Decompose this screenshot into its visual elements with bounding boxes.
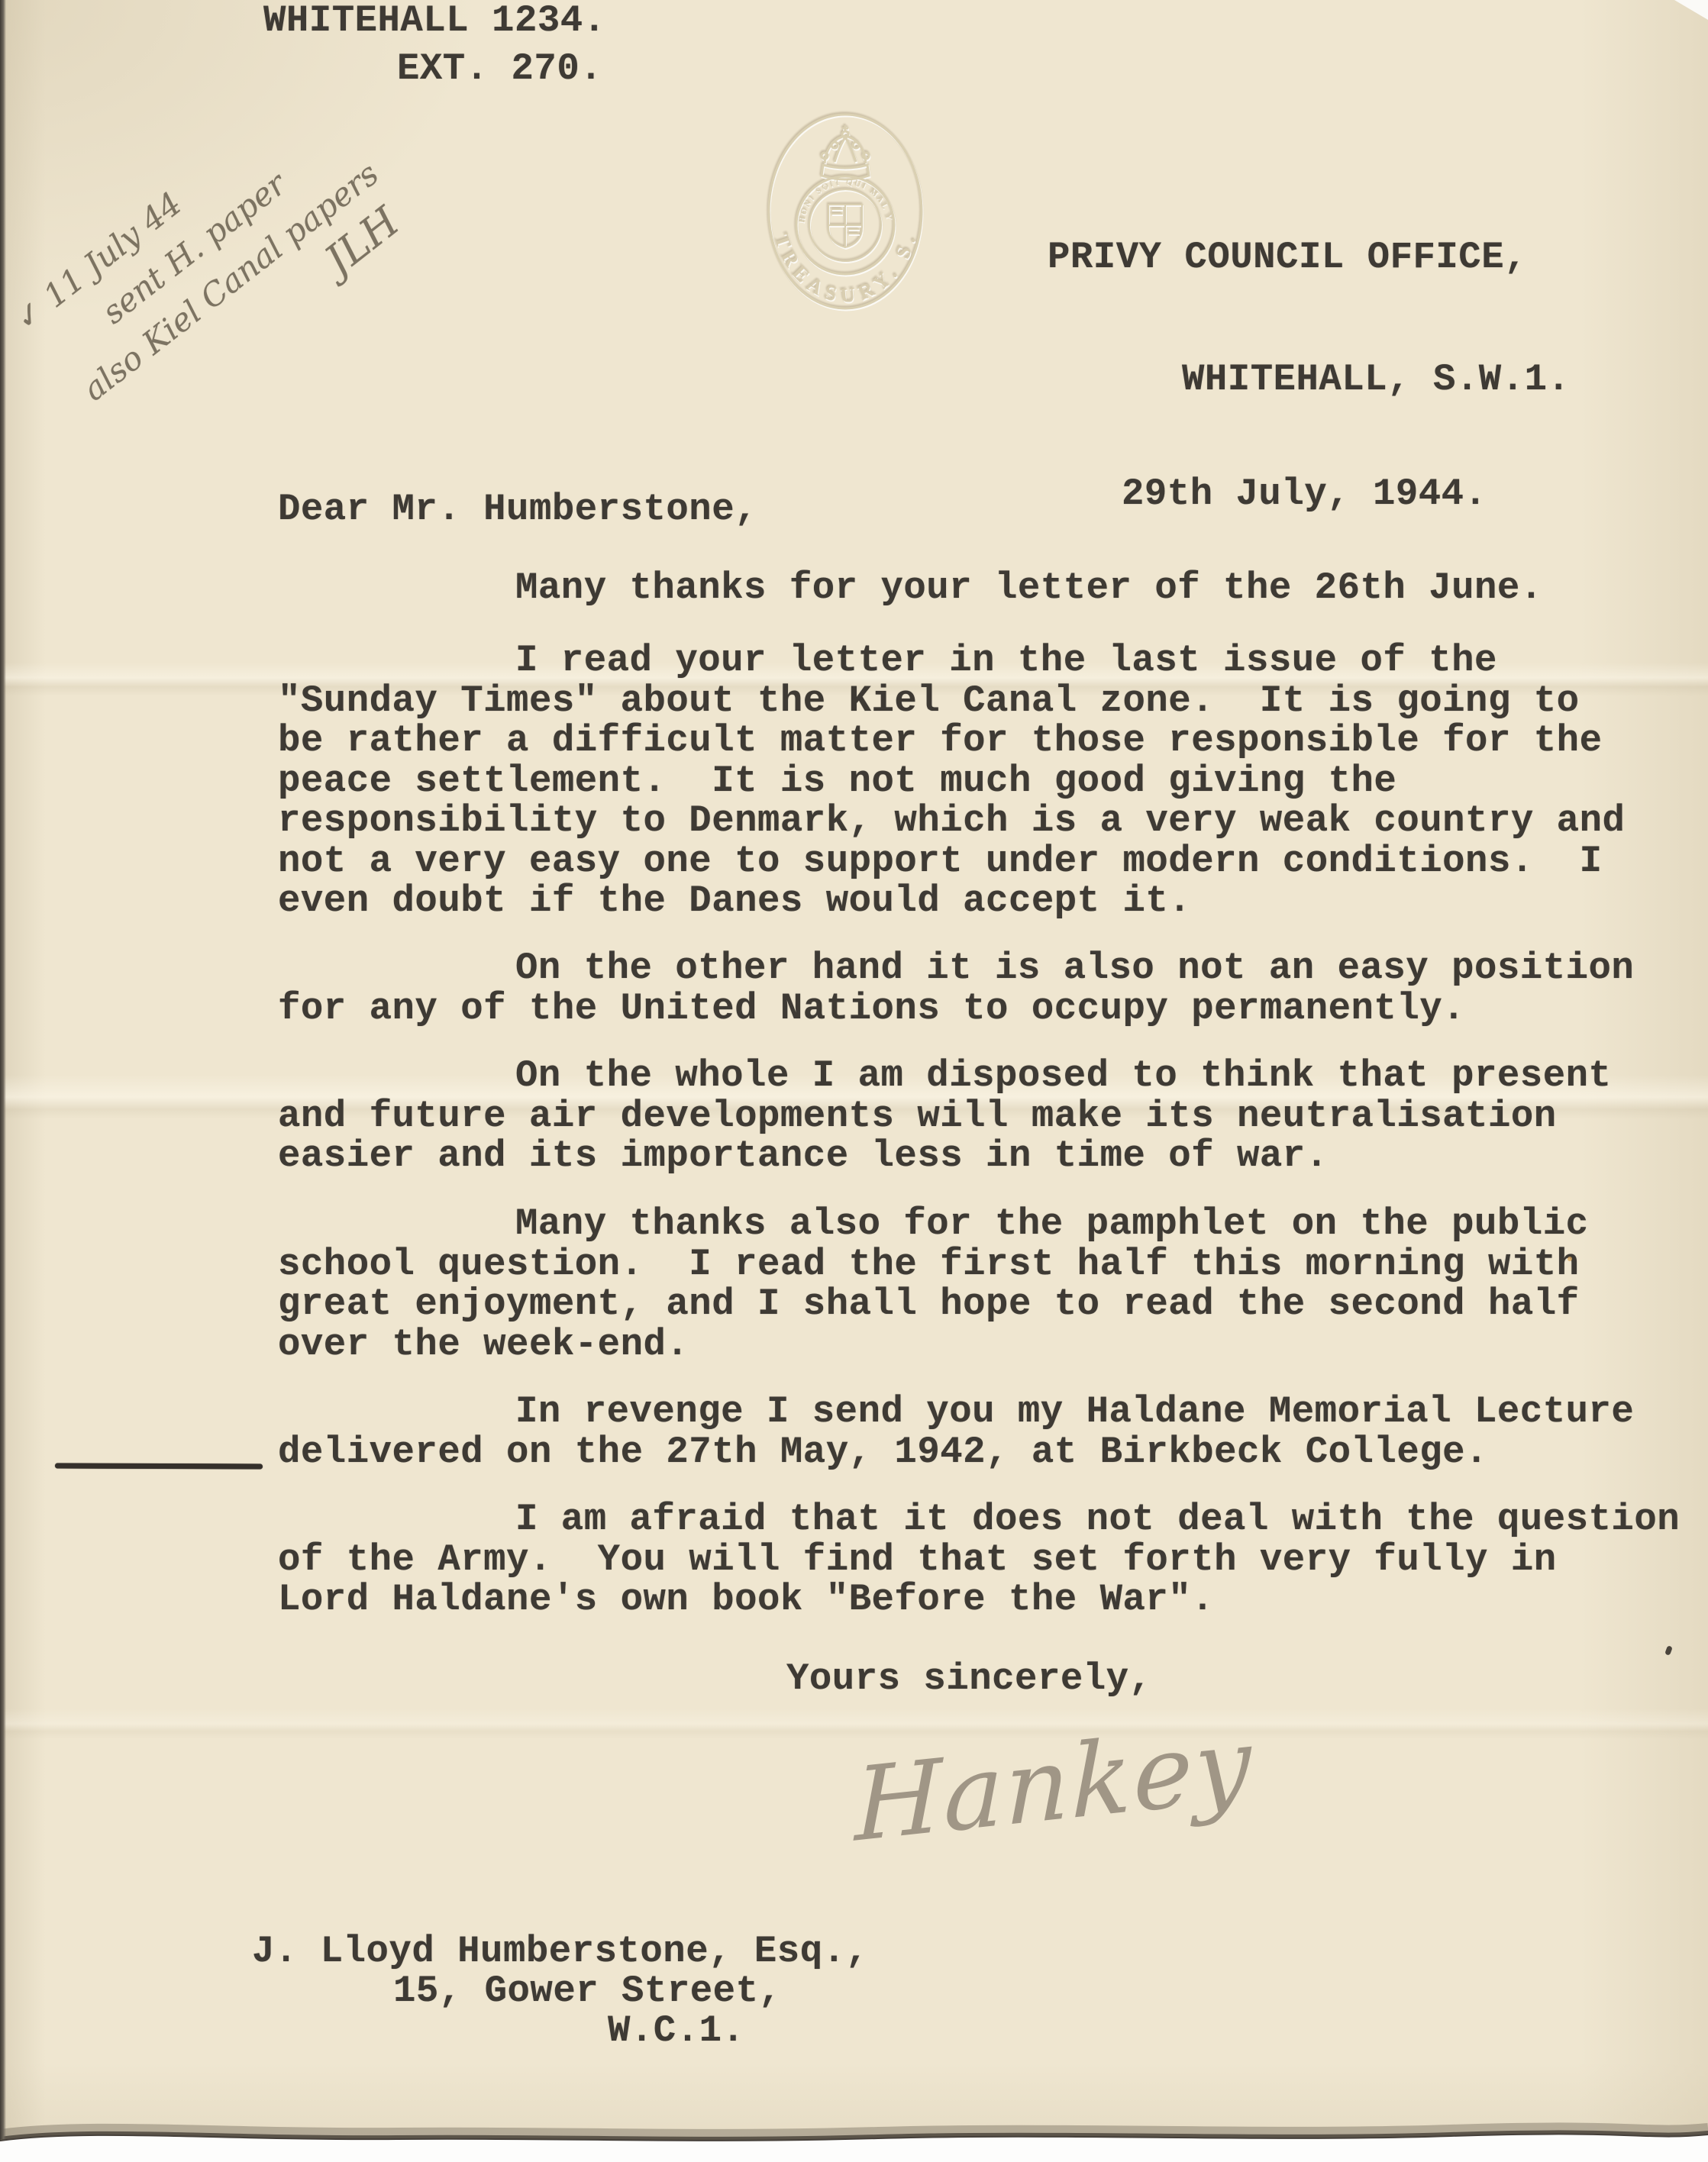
signature-handwritten: Hankey bbox=[854, 1713, 1252, 1856]
paragraph-5: Many thanks also for the pamphlet on the… bbox=[278, 1204, 1589, 1364]
recipient-street: 15, Gower Street, bbox=[393, 1971, 781, 2012]
paragraph-6: In revenge I send you my Haldane Memoria… bbox=[278, 1392, 1634, 1472]
crown-icon bbox=[822, 125, 869, 179]
scan-corner bbox=[1674, 0, 1708, 20]
closing: Yours sincerely, bbox=[786, 1659, 1151, 1699]
handwritten-annotation: ✓ 11 July 44 sent H. paper also Kiel Can… bbox=[4, 0, 521, 458]
paragraph-7: I am afraid that it does not deal with t… bbox=[278, 1499, 1680, 1620]
paper-bottom-edge bbox=[0, 2116, 1708, 2150]
embossed-treasury-seal-icon: HONI SOIT QUI MAL Y PENSE TREASURY. S.W bbox=[756, 105, 935, 331]
seal-inscription: TREASURY. S.W bbox=[756, 105, 921, 307]
paper-speck bbox=[1568, 1257, 1572, 1261]
paper-left-edge bbox=[0, 0, 6, 2139]
paragraph-1: Many thanks for your letter of the 26th … bbox=[278, 568, 1543, 608]
paragraph-4: On the whole I am disposed to think that… bbox=[278, 1056, 1611, 1176]
paragraph-3: On the other hand it is also not an easy… bbox=[278, 948, 1634, 1028]
recipient-postcode: W.C.1. bbox=[608, 2011, 744, 2051]
recipient-name: J. Lloyd Humberstone, Esq., bbox=[252, 1931, 868, 1972]
salutation: Dear Mr. Humberstone, bbox=[278, 489, 757, 530]
margin-filing-dash bbox=[55, 1463, 263, 1470]
office-name: PRIVY COUNCIL OFFICE, bbox=[1048, 237, 1527, 278]
ink-fleck bbox=[1664, 1645, 1673, 1656]
fold-crease-bottom bbox=[0, 1709, 1708, 1739]
paragraph-2: I read your letter in the last issue of … bbox=[278, 641, 1625, 921]
shield-icon bbox=[828, 205, 862, 247]
letter-date: 29th July, 1944. bbox=[1122, 474, 1487, 515]
svg-text:TREASURY. S.W: TREASURY. S.W bbox=[756, 105, 921, 307]
letterhead-phone: WHITEHALL 1234. bbox=[263, 1, 606, 41]
office-address: WHITEHALL, S.W.1. bbox=[1182, 360, 1570, 400]
letter-page: WHITEHALL 1234. EXT. 270. ✓ 11 July 44 s… bbox=[0, 0, 1708, 2162]
